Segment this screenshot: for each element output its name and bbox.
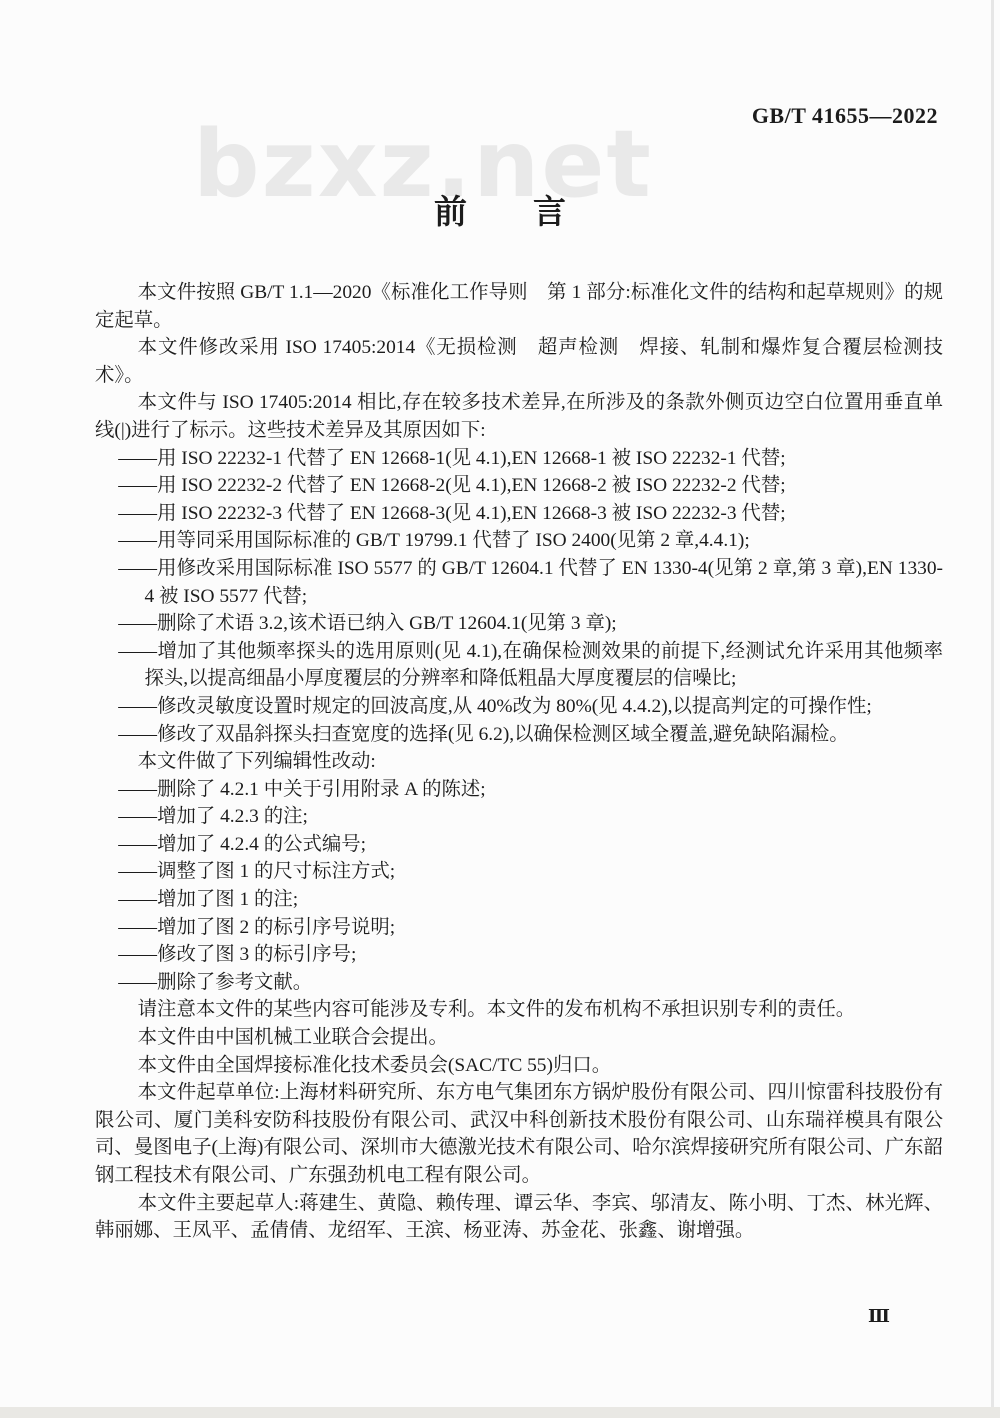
list-item: ——用修改采用国际标准 ISO 5577 的 GB/T 12604.1 代替了 … bbox=[95, 555, 943, 610]
scan-right-edge bbox=[991, 0, 994, 1418]
list-item: ——增加了 4.2.4 的公式编号; bbox=[95, 831, 943, 859]
list-item: ——删除了术语 3.2,该术语已纳入 GB/T 12604.1(见第 3 章); bbox=[95, 610, 943, 638]
standard-number: GB/T 41655—2022 bbox=[752, 103, 938, 129]
list-item: ——用 ISO 22232-1 代替了 EN 12668-1(见 4.1),EN… bbox=[95, 445, 943, 473]
paragraph: 本文件起草单位:上海材料研究所、东方电气集团东方锅炉股份有限公司、四川惊雷科技股… bbox=[95, 1079, 943, 1189]
list-item: ——修改了双晶斜探头扫查宽度的选择(见 6.2),以确保检测区域全覆盖,避免缺陷… bbox=[95, 721, 943, 749]
paragraph: 本文件主要起草人:蒋建生、黄隐、赖传理、谭云华、李宾、邬清友、陈小明、丁杰、林光… bbox=[95, 1190, 943, 1245]
list-item: ——用等同采用国际标准的 GB/T 19799.1 代替了 ISO 2400(见… bbox=[95, 527, 943, 555]
page-number: Ⅲ bbox=[868, 1306, 890, 1327]
paragraph: 请注意本文件的某些内容可能涉及专利。本文件的发布机构不承担识别专利的责任。 bbox=[95, 996, 943, 1024]
paragraph: 本文件做了下列编辑性改动: bbox=[95, 748, 943, 776]
document-page: bzxz.net GB/T 41655—2022 前 言 本文件按照 GB/T … bbox=[0, 0, 1000, 1418]
list-item: ——修改了图 3 的标引序号; bbox=[95, 941, 943, 969]
list-item: ——增加了其他频率探头的选用原则(见 4.1),在确保检测效果的前提下,经测试允… bbox=[95, 638, 943, 693]
list-item: ——修改灵敏度设置时规定的回波高度,从 40%改为 80%(见 4.4.2),以… bbox=[95, 693, 943, 721]
paragraph: 本文件按照 GB/T 1.1—2020《标准化工作导则 第 1 部分:标准化文件… bbox=[95, 279, 943, 334]
list-item: ——删除了参考文献。 bbox=[95, 969, 943, 997]
scan-bottom-edge bbox=[0, 1407, 1000, 1418]
list-item: ——用 ISO 22232-2 代替了 EN 12668-2(见 4.1),EN… bbox=[95, 472, 943, 500]
list-item: ——调整了图 1 的尺寸标注方式; bbox=[95, 858, 943, 886]
paragraph: 本文件由全国焊接标准化技术委员会(SAC/TC 55)归口。 bbox=[95, 1052, 943, 1080]
document-body: 本文件按照 GB/T 1.1—2020《标准化工作导则 第 1 部分:标准化文件… bbox=[95, 279, 943, 1245]
list-item: ——用 ISO 22232-3 代替了 EN 12668-3(见 4.1),EN… bbox=[95, 500, 943, 528]
paragraph: 本文件修改采用 ISO 17405:2014《无损检测 超声检测 焊接、轧制和爆… bbox=[95, 334, 943, 389]
paragraph: 本文件由中国机械工业联合会提出。 bbox=[95, 1024, 943, 1052]
list-item: ——增加了图 2 的标引序号说明; bbox=[95, 914, 943, 942]
page-title: 前 言 bbox=[0, 186, 1000, 233]
list-item: ——删除了 4.2.1 中关于引用附录 A 的陈述; bbox=[95, 776, 943, 804]
list-item: ——增加了图 1 的注; bbox=[95, 886, 943, 914]
list-item: ——增加了 4.2.3 的注; bbox=[95, 803, 943, 831]
paragraph: 本文件与 ISO 17405:2014 相比,存在较多技术差异,在所涉及的条款外… bbox=[95, 389, 943, 444]
